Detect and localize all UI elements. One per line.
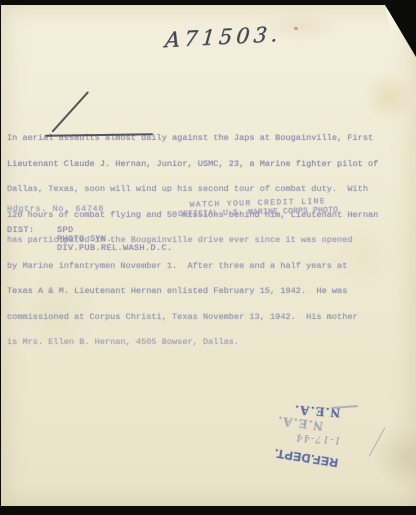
distribution-item: DIV.PUB.REL.WASH.D.C. xyxy=(57,244,173,253)
distribution-items: SPD PHOTO SYN. DIV.PUB.REL.WASH.D.C. xyxy=(57,226,173,253)
caption-line: by Marine infantrymen November 1. After … xyxy=(7,262,407,271)
distribution-label: DIST: xyxy=(7,226,57,253)
pencil-slash xyxy=(368,427,385,456)
scanned-document: A71503. In aerial assaults almost daily … xyxy=(0,0,416,515)
caption-line: is Mrs. Ellen B. Hernan, 4505 Bowser, Da… xyxy=(7,338,407,347)
pencil-dash xyxy=(331,405,358,409)
hdqtrs-value: 64748 xyxy=(75,204,104,214)
photo-id-handwritten: A71503. xyxy=(164,22,283,52)
distribution-list: DIST: SPD PHOTO SYN. DIV.PUB.REL.WASH.D.… xyxy=(7,226,173,253)
caption-line: Texas A & M. Lieutenant Hernan enlisted … xyxy=(7,287,407,296)
headquarters-number: Hdqtrs. No. 64748 xyxy=(7,204,104,214)
folded-corner xyxy=(384,6,414,54)
caption-line: commissioned at Corpus Christi, Texas No… xyxy=(7,313,407,322)
paper-sheet: A71503. In aerial assaults almost daily … xyxy=(1,5,416,506)
hdqtrs-label: Hdqtrs. No. xyxy=(7,204,75,214)
ink-speck xyxy=(294,26,299,30)
handwritten-date: 1-17-44 xyxy=(295,431,342,445)
ref-dept-stamp: REF.DEPT. xyxy=(272,446,339,470)
caption-line: Dallas, Texas, soon will wind up his sec… xyxy=(7,185,407,194)
caption-line: Lieutenant Claude J. Hernan, Junior, USM… xyxy=(7,160,407,169)
